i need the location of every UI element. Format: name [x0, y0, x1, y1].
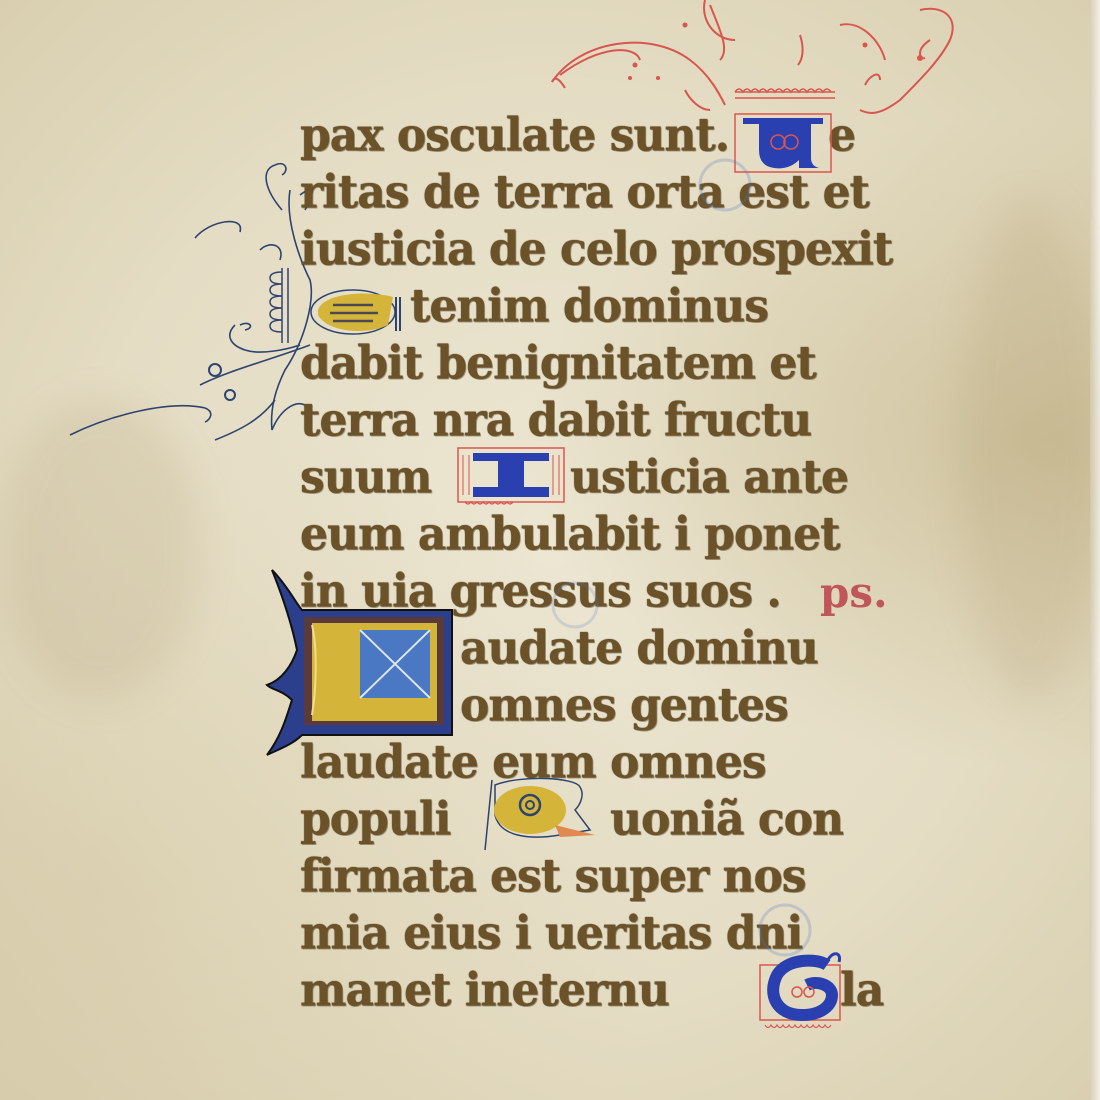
show-through-marks — [0, 0, 1100, 1100]
